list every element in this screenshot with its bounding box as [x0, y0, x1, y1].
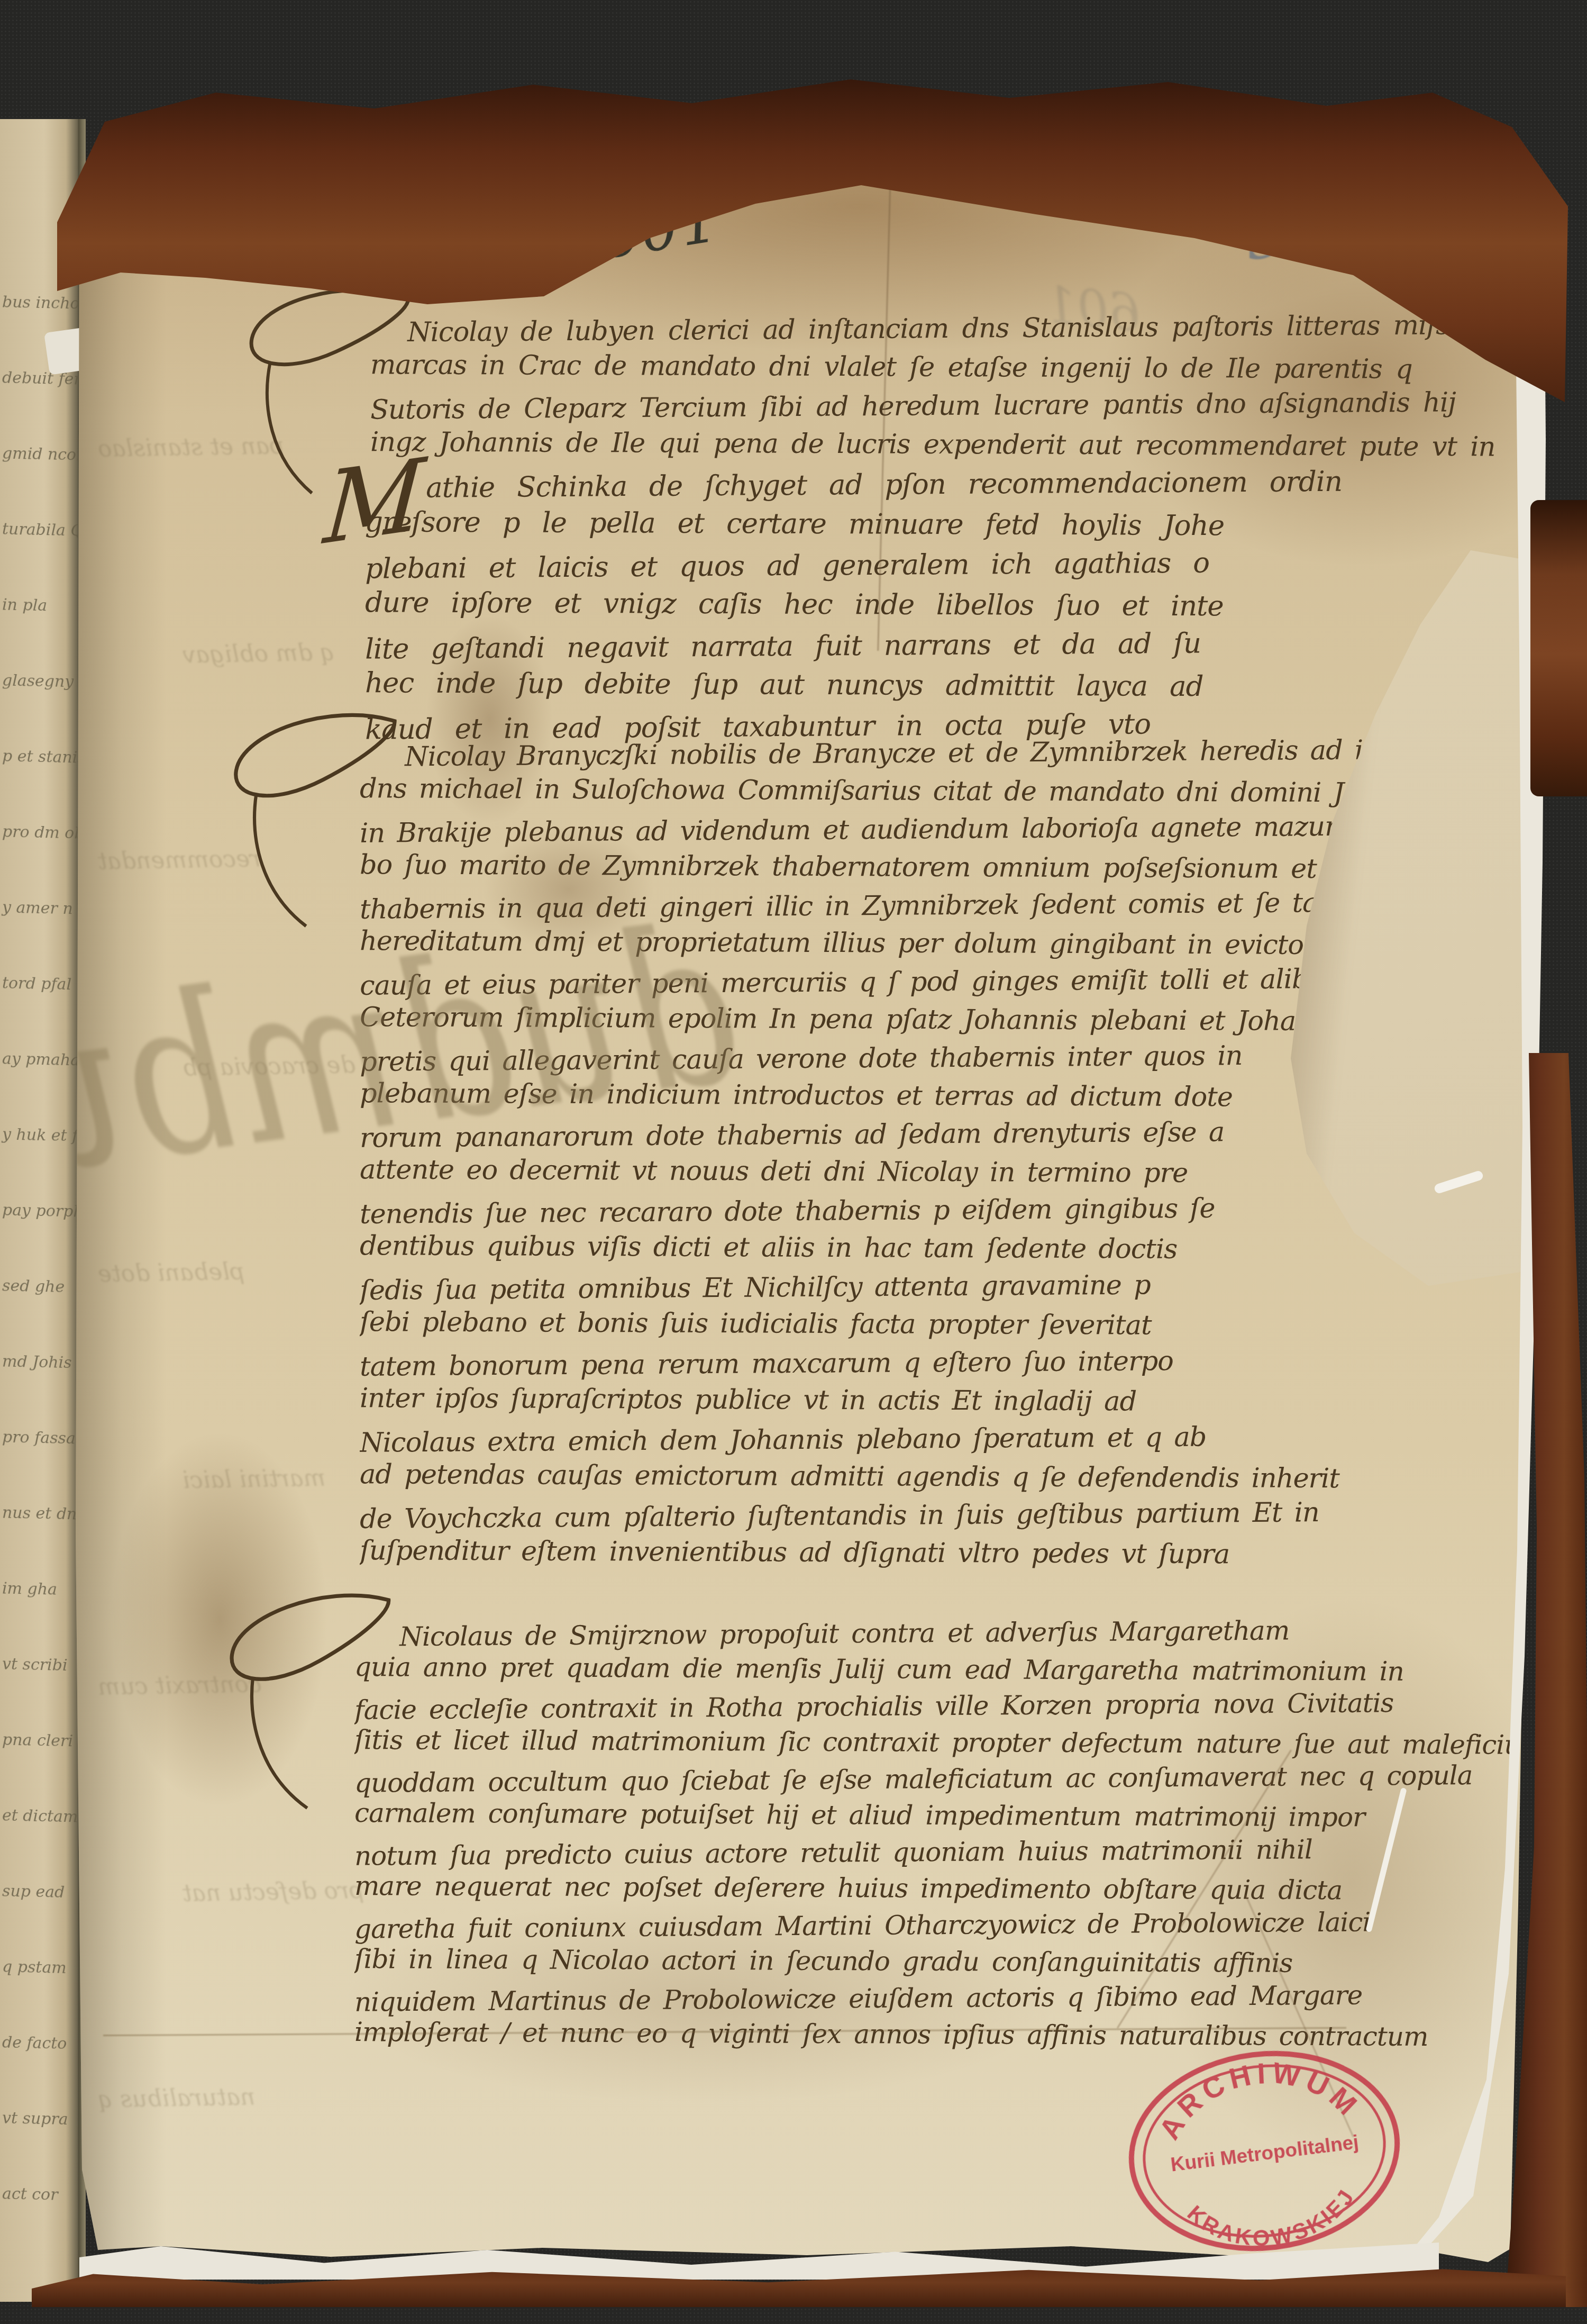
manuscript-line: tatem bonorum pena rerum maxcarum q eſte…	[360, 1340, 1539, 1386]
manuscript-line: hec inde ſup debite ſup aut nuncys admit…	[365, 663, 1518, 709]
manuscript-line: facie eccleſie contraxit in Rotha prochi…	[354, 1684, 1539, 1729]
manuscript-line: attente eo decernit vt nouus deti dni Ni…	[360, 1151, 1539, 1194]
stamp-middle-text: Kurii Metropolitalnej	[1170, 2131, 1360, 2175]
manuscript-line: greſsore p le pella et certare minuare f…	[365, 502, 1518, 548]
archive-stamp: ARCHIWUM Kurii Metropolitalnej KRAKOWSKI…	[1109, 2026, 1419, 2276]
manuscript-line: ingz Johannis de Ile qui pena de lucris …	[370, 423, 1524, 464]
previous-page-text-fragment: vt supra	[2, 2109, 80, 2129]
previous-page-text-fragment: p et stanisla	[2, 747, 80, 767]
manuscript-line: ſebi plebano et bonis ſuis iudicialis fa…	[360, 1303, 1539, 1347]
previous-page-text-fragment: y huk et fe	[2, 1125, 80, 1145]
previous-page-text-fragment: q pstam	[2, 1957, 80, 1977]
leather-strap	[1530, 500, 1587, 796]
manuscript-line: bo ſuo marito de Zymnibrzek thabernatore…	[360, 846, 1539, 889]
manuscript-line: quia anno pret quadam die menſis Julij c…	[354, 1649, 1539, 1691]
previous-page-text-fragment: pna cleri	[2, 1730, 80, 1750]
previous-page-text-fragment: nus et dns	[2, 1503, 80, 1523]
manuscript-line: ſibi in linea q Nicolao actori in ſecund…	[354, 1941, 1539, 1983]
manuscript-line: dns michael in Suloſchowa Commiſsarius c…	[360, 770, 1539, 813]
previous-page-text-fragment: vt scribi	[2, 1655, 80, 1675]
manuscript-page: dudmbus 601 pan et stanislaoq dm obligav…	[66, 159, 1537, 2307]
manuscript-line: Sutoris de Cleparz Tercium ſibi ad hered…	[370, 383, 1524, 429]
manuscript-line: dure ipſore et vnigz caſis hec inde libe…	[365, 583, 1518, 628]
previous-page-text-fragment: bus incho	[2, 293, 80, 313]
manuscript-line: ſuſpenditur eſtem invenientibus ad dſign…	[360, 1532, 1539, 1573]
svg-text:ARCHIWUM: ARCHIWUM	[1145, 2044, 1370, 2148]
initial-letter-m: M	[321, 437, 428, 567]
manuscript-line: ad petendas cauſas emictorum admitti age…	[360, 1456, 1539, 1499]
manuscript-line: niquidem Martinus de Probolowicze eiuſde…	[354, 1976, 1539, 2021]
manuscript-line: lite geſtandi negavit narrata fuit narra…	[365, 621, 1518, 669]
manuscript-line: tenendis ſue nec recararo dote thabernis…	[360, 1187, 1539, 1234]
previous-page-text-fragment: ay pmaha	[2, 1049, 80, 1069]
previous-page-text-fragment: glasegny	[2, 671, 80, 691]
manuscript-line: carnalem conſumare potuiſset hij et aliu…	[354, 1795, 1539, 1837]
previous-page-text-fragment: tord pfal	[2, 974, 80, 994]
manuscript-line: athie Schinka de ſchyget ad pſon recomme…	[365, 465, 1518, 509]
previous-page-text-fragment: md Johis	[2, 1352, 80, 1372]
previous-page-text-fragment: pro dm oby	[2, 822, 80, 842]
previous-page-text-fragment: y amer n	[2, 898, 80, 918]
previous-page-text-fragment: pro fassa	[2, 1428, 80, 1448]
previous-page-text-fragment: in pla	[2, 595, 80, 615]
manuscript-line: de Voychczka cum pſalterio ſuſtentandis …	[360, 1492, 1539, 1539]
manuscript-line: quoddam occultum quo ſciebat ſe eſse mal…	[354, 1757, 1539, 1802]
previous-page-text-fragment: turabila Q p	[2, 520, 80, 540]
manuscript-line: notum ſua predicto cuius actore retulit …	[354, 1830, 1539, 1875]
manuscript-line: plebani et laicis et quos ad generalem i…	[365, 541, 1518, 589]
previous-page-text-fragment: de facto	[2, 2033, 80, 2053]
manuscript-line: marcas in Crac de mandato dni vlalet ſe …	[370, 346, 1524, 389]
manuscript-paragraph: Nicolaus de Smijrznow propoſuit contra e…	[354, 1615, 1539, 2053]
manuscript-line: garetha fuit coniunx cuiusdam Martini Ot…	[354, 1903, 1539, 1948]
previous-page-text-fragment: sed ghe	[2, 1276, 80, 1296]
manuscript-paragraph: Nicolay de lubyen clerici ad inſtanciam …	[370, 310, 1524, 464]
manuscript-line: mare nequerat nec poſset deſerere huius …	[354, 1868, 1539, 1910]
previous-page-text-fragment: et dictam	[2, 1806, 80, 1826]
leather-strap	[1507, 1590, 1587, 1902]
manuscript-line: Nicolaus extra emich dem Johannis pleban…	[360, 1416, 1539, 1463]
previous-page-text-fragment: im gha	[2, 1579, 80, 1599]
previous-page-edge: bus inchodebuit ferremgmid ncomturabila …	[0, 119, 80, 2302]
manuscript-paragraph: athie Schinka de ſchyget ad pſon recomme…	[365, 465, 1518, 746]
manuscript-line: dentibus quibus viſis dicti et aliis in …	[360, 1227, 1539, 1270]
manuscript-scan: bus inchodebuit ferremgmid ncomturabila …	[0, 0, 1587, 2324]
manuscript-line: Nicolay de lubyen clerici ad inſtanciam …	[370, 310, 1524, 352]
manuscript-line: inter ipſos ſupraſcriptos publice vt in …	[360, 1379, 1539, 1423]
manuscript-line: in Brakije plebanus ad videndum et audie…	[360, 806, 1539, 853]
manuscript-line: ſitis et licet illud matrimonium ſic con…	[354, 1722, 1539, 1764]
manuscript-line: ſedis ſua petita omnibus Et Nichilſcy at…	[360, 1264, 1539, 1310]
previous-page-text-fragment: act cor	[2, 2184, 80, 2204]
previous-page-text-fragment: gmid ncom	[2, 444, 80, 464]
stamp-arc-top-text: ARCHIWUM	[1145, 2044, 1370, 2148]
previous-page-text-fragment: sup ead	[2, 1882, 80, 1902]
previous-page-text-fragment: pay porphy	[2, 1201, 80, 1221]
